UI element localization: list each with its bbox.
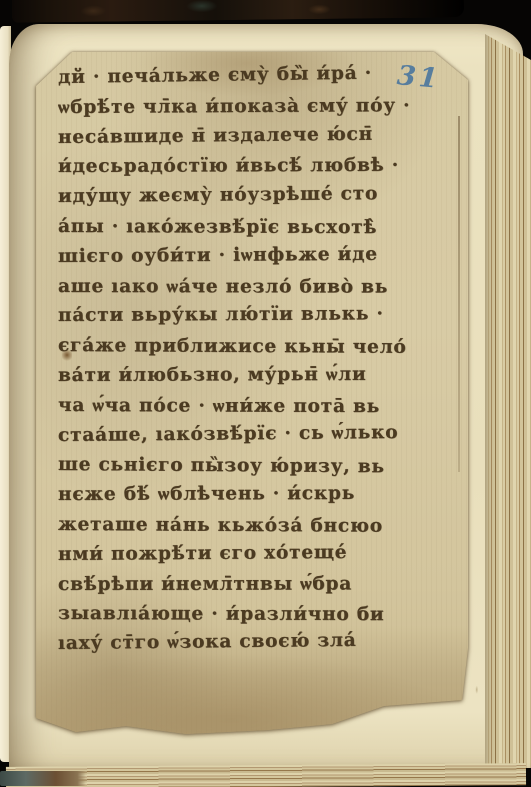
manuscript-text-line: шієго оуби́ти · іѡнфьже и́де <box>58 239 454 272</box>
manuscript-text-line: неса́вшиде н̄ издалече ю́сн̄ <box>58 118 454 152</box>
manuscript-text-line: ѡбрѣ́те чл̄ка и́показа̀ єму́ по́у · <box>58 91 454 123</box>
manuscript-photo: дй · печа́льже єму̀ бы̏ и́ра́ · ѡбрѣ́те … <box>0 0 531 787</box>
manuscript-text-line: свѣ́рѣпи и́немл̄тнвы ѡ́бра <box>58 569 454 599</box>
manuscript-text-line: ва́ти и́любьзно, му́рьн̄ ѡ́ли <box>58 360 454 391</box>
folio-number-stamp: 31 <box>396 60 442 95</box>
manuscript-text-line: нєже бѣ́ ѡблѣчень · и́скрь <box>58 479 454 510</box>
manuscript-text-line: па́сти вьру́кы лю́тїи влькь · <box>58 299 454 331</box>
book-cover-edge <box>12 0 464 23</box>
manuscript-text-line: и́десьрадо́стїю и́вьсѣ́ любвѣ · <box>58 151 454 182</box>
manuscript-text-line: стаа́ше, ıако́звѣ́рїє · сь ѡ́лько <box>58 417 454 450</box>
manuscript-text-block: дй · печа́льже єму̀ бы̏ и́ра́ · ѡбрѣ́те … <box>58 63 454 659</box>
manuscript-text-line: дй · печа́льже єму̀ бы̏ и́ра́ · <box>58 57 454 92</box>
manuscript-text-line: иду́щу жеєму̀ но́узрѣше́ сто <box>58 179 454 212</box>
leaf-mount-seam <box>458 116 460 472</box>
manuscript-text-line: нми́ пожрѣ́ти єго хо́теще́ <box>58 537 454 570</box>
manuscript-text-line: єга́же приближисе кьны̄ чело́ <box>58 331 454 363</box>
manuscript-text-line: ıаху́ ст̄го ѡ́зока своєю́ зла́ <box>58 625 454 659</box>
manuscript-text-line: аше ıако ѡа́че незло́ биво̀ вь <box>58 272 454 302</box>
manuscript-text-line: а́пы · ıако́жезвѣ́рїє вьсхотѣ̀ <box>58 212 454 243</box>
book-fore-edge <box>485 34 531 768</box>
book-cover-corner <box>0 771 86 786</box>
